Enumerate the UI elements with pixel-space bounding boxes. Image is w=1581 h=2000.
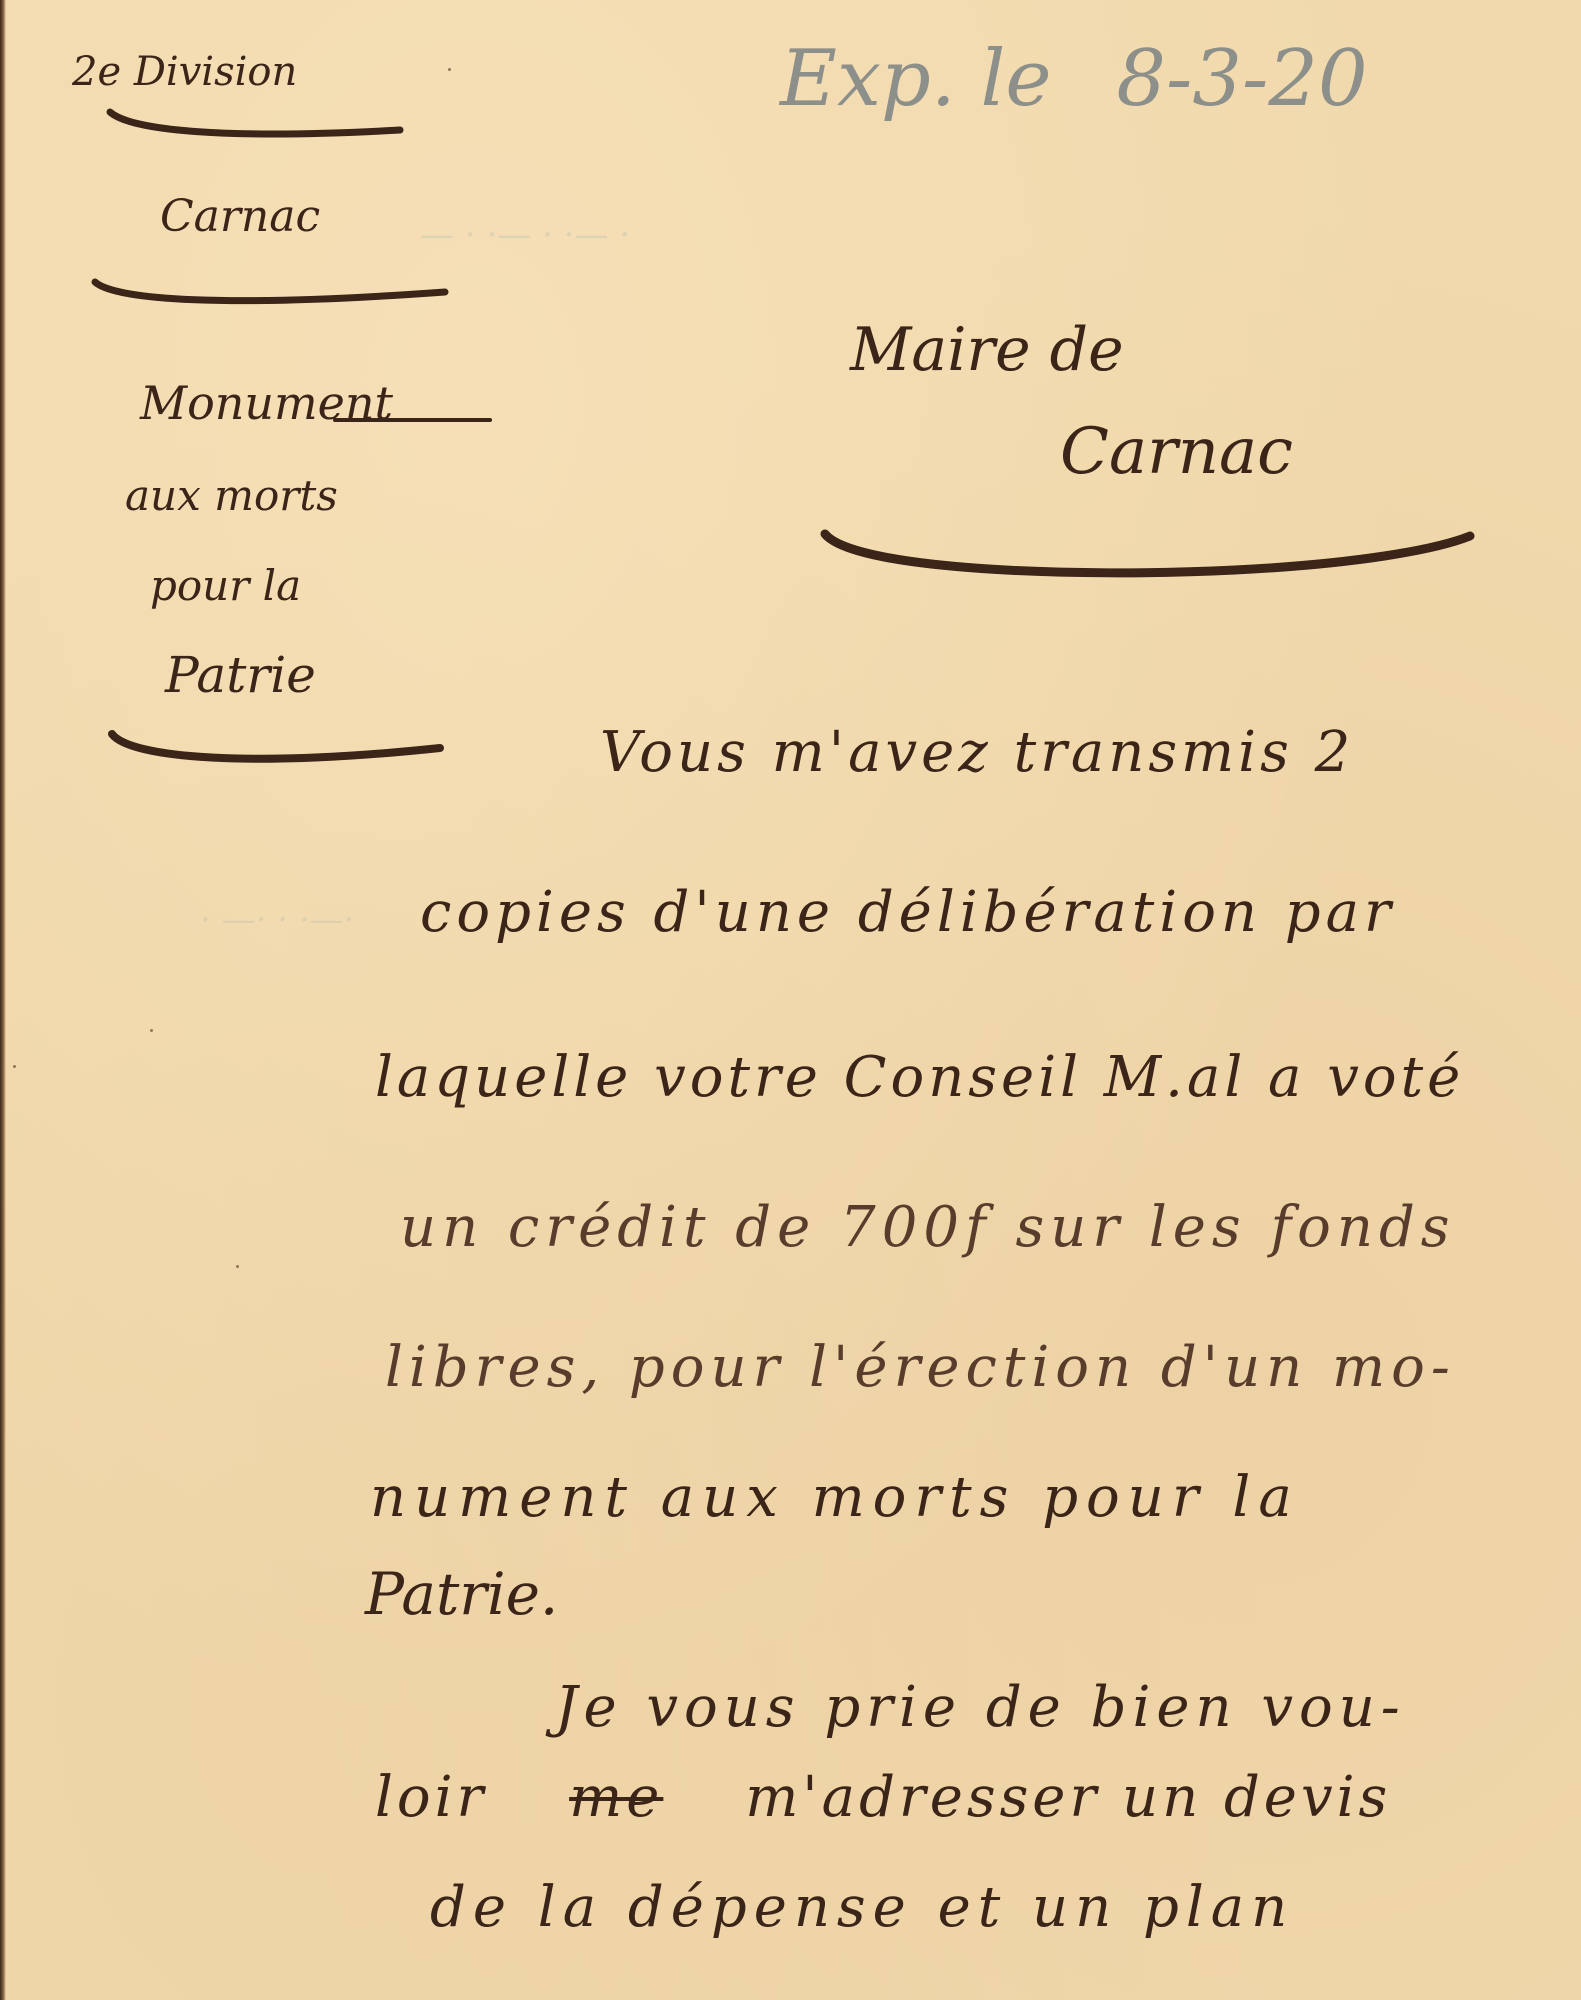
body-line: loir me m'adresser un devis [375,1770,1391,1826]
paper-speck [448,68,451,71]
commune-label: Carnac [160,195,320,239]
subject-underline [100,720,460,780]
body-line: Vous m'avez transmis 2 [600,725,1354,781]
body-line: libres, pour l'érection d'un mo- [385,1340,1456,1396]
subject-line-2: aux morts [125,475,338,517]
paper-speck [13,1065,16,1068]
body-line: de la dépense et un plan [430,1880,1294,1936]
paper-speck [150,1029,153,1032]
letter-page: — · ·— · ·— · · —· · ·—· 2e Division Car… [0,0,1581,2000]
struck-out-word: me [569,1765,663,1830]
body-line: nument aux morts pour la [370,1470,1300,1526]
subject-line-4: Patrie [165,650,316,700]
subject-line-3: pour la [150,565,301,607]
show-through-text: — · ·— · ·— · [420,215,630,255]
body-line: Je vous prie de bien vou- [555,1680,1406,1736]
body-line: copies d'une délibération par [420,885,1396,941]
page-edge-shadow [0,0,6,2000]
paper-speck [236,1265,239,1268]
body-word: m'adresser un devis [745,1765,1391,1830]
division-label: 2e Division [72,52,297,92]
body-line: laquelle votre Conseil M.al a voté [375,1050,1464,1106]
dispatch-date: 8-3-20 [1116,34,1367,124]
division-underline [100,100,420,150]
body-word: loir [375,1765,487,1830]
pencil-dispatch-annotation: Exp. le 8-3-20 [780,40,1368,118]
subject-line-1: Monument [140,380,393,426]
addressee-underline [815,520,1485,590]
addressee-title: Maire de [850,320,1124,380]
commune-underline [85,270,465,320]
addressee-commune: Carnac [1060,420,1293,484]
body-line: Patrie. [365,1565,558,1623]
show-through-text: · —· · ·—· [200,900,354,940]
body-line: un crédit de 700f sur les fonds [400,1200,1456,1256]
dispatch-label: Exp. le [780,34,1052,124]
